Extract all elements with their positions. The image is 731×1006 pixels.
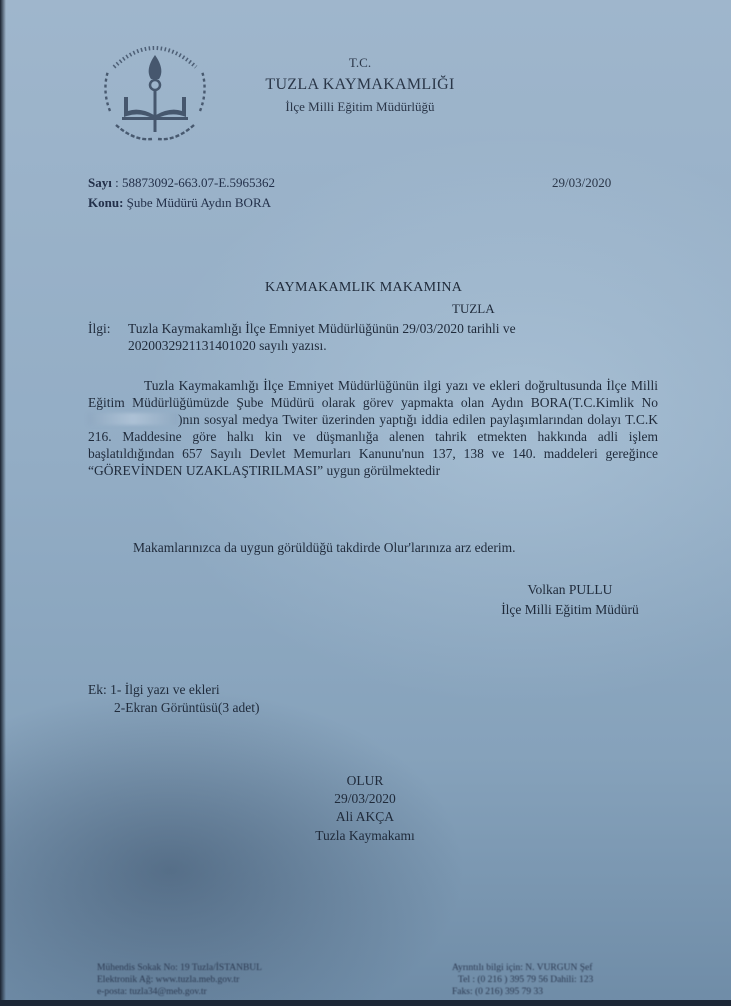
footer-contact-person: Ayrıntılı bilgi için: N. VURGUN Şef bbox=[452, 962, 593, 974]
signatory-title: İlçe Milli Eğitim Müdürü bbox=[490, 602, 650, 618]
reference-section: İlgi:Tuzla Kaymakamlığı İlçe Emniyet Müd… bbox=[88, 320, 658, 354]
attachment-item-1: Ek: 1- İlgi yazı ve ekleri bbox=[88, 682, 220, 698]
footer-address: Mühendis Sokak No: 19 Tuzla/İSTANBUL bbox=[97, 962, 262, 974]
document-page bbox=[0, 0, 731, 1006]
reference-value: : 58873092-663.07-E.5965362 bbox=[115, 175, 275, 190]
addressee-title: KAYMAKAMLIK MAKAMINA bbox=[265, 280, 462, 296]
signatory-name: Volkan PULLU bbox=[490, 582, 650, 598]
footer-email: e-posta: tuzla34@meb.gov.tr bbox=[97, 986, 262, 998]
approval-date: 29/03/2020 bbox=[300, 791, 430, 807]
approver-name: Ali AKÇA bbox=[300, 809, 430, 825]
footer-phone: Tel : (0 216 ) 395 79 56 Dahili: 123 bbox=[452, 974, 593, 986]
footer-contact-address: Mühendis Sokak No: 19 Tuzla/İSTANBUL Ele… bbox=[97, 962, 262, 998]
approver-title: Tuzla Kaymakamı bbox=[300, 828, 430, 844]
addressee-location: TUZLA bbox=[452, 301, 495, 317]
subject-value: Şube Müdürü Aydın BORA bbox=[127, 195, 271, 210]
reference-section-label: İlgi: bbox=[88, 320, 128, 337]
body-part1: Tuzla Kaymakamlığı İlçe Emniyet Müdürlüğ… bbox=[88, 378, 658, 410]
photo-edge-bottom bbox=[0, 1000, 731, 1006]
reference-section-line1: Tuzla Kaymakamlığı İlçe Emniyet Müdürlüğ… bbox=[128, 321, 516, 336]
subject-label: Konu: bbox=[88, 195, 123, 210]
header-organization: TUZLA KAYMAKAMLIĞI bbox=[230, 76, 490, 94]
reference-label: Sayı bbox=[88, 175, 112, 190]
document-date: 29/03/2020 bbox=[552, 175, 611, 191]
footer-website: Elektronik Ağ: www.tuzla.meb.gov.tr bbox=[97, 974, 262, 986]
reference-section-line2: 2020032921131401020 sayılı yazısı. bbox=[88, 337, 658, 354]
footer-contact-info: Ayrıntılı bilgi için: N. VURGUN Şef Tel … bbox=[452, 962, 593, 998]
reference-number: Sayı : 58873092-663.07-E.5965362 bbox=[88, 175, 275, 191]
subject: Konu: Şube Müdürü Aydın BORA bbox=[88, 195, 271, 211]
header-tc: T.C. bbox=[230, 55, 490, 71]
meb-logo-icon bbox=[94, 33, 216, 147]
body-paragraph: Tuzla Kaymakamlığı İlçe Emniyet Müdürlüğ… bbox=[88, 377, 658, 479]
approval-label: OLUR bbox=[300, 773, 430, 789]
header-department: İlçe Milli Eğitim Müdürlüğü bbox=[230, 99, 490, 115]
redacted-id-number bbox=[88, 413, 178, 425]
attachment-item-2: 2-Ekran Görüntüsü(3 adet) bbox=[114, 700, 259, 716]
footer-fax: Faks: (0 216) 395 79 33 bbox=[452, 986, 593, 998]
photo-edge-shadow bbox=[0, 0, 6, 1006]
closing-sentence: Makamlarınızca da uygun görüldüğü takdir… bbox=[133, 540, 516, 556]
